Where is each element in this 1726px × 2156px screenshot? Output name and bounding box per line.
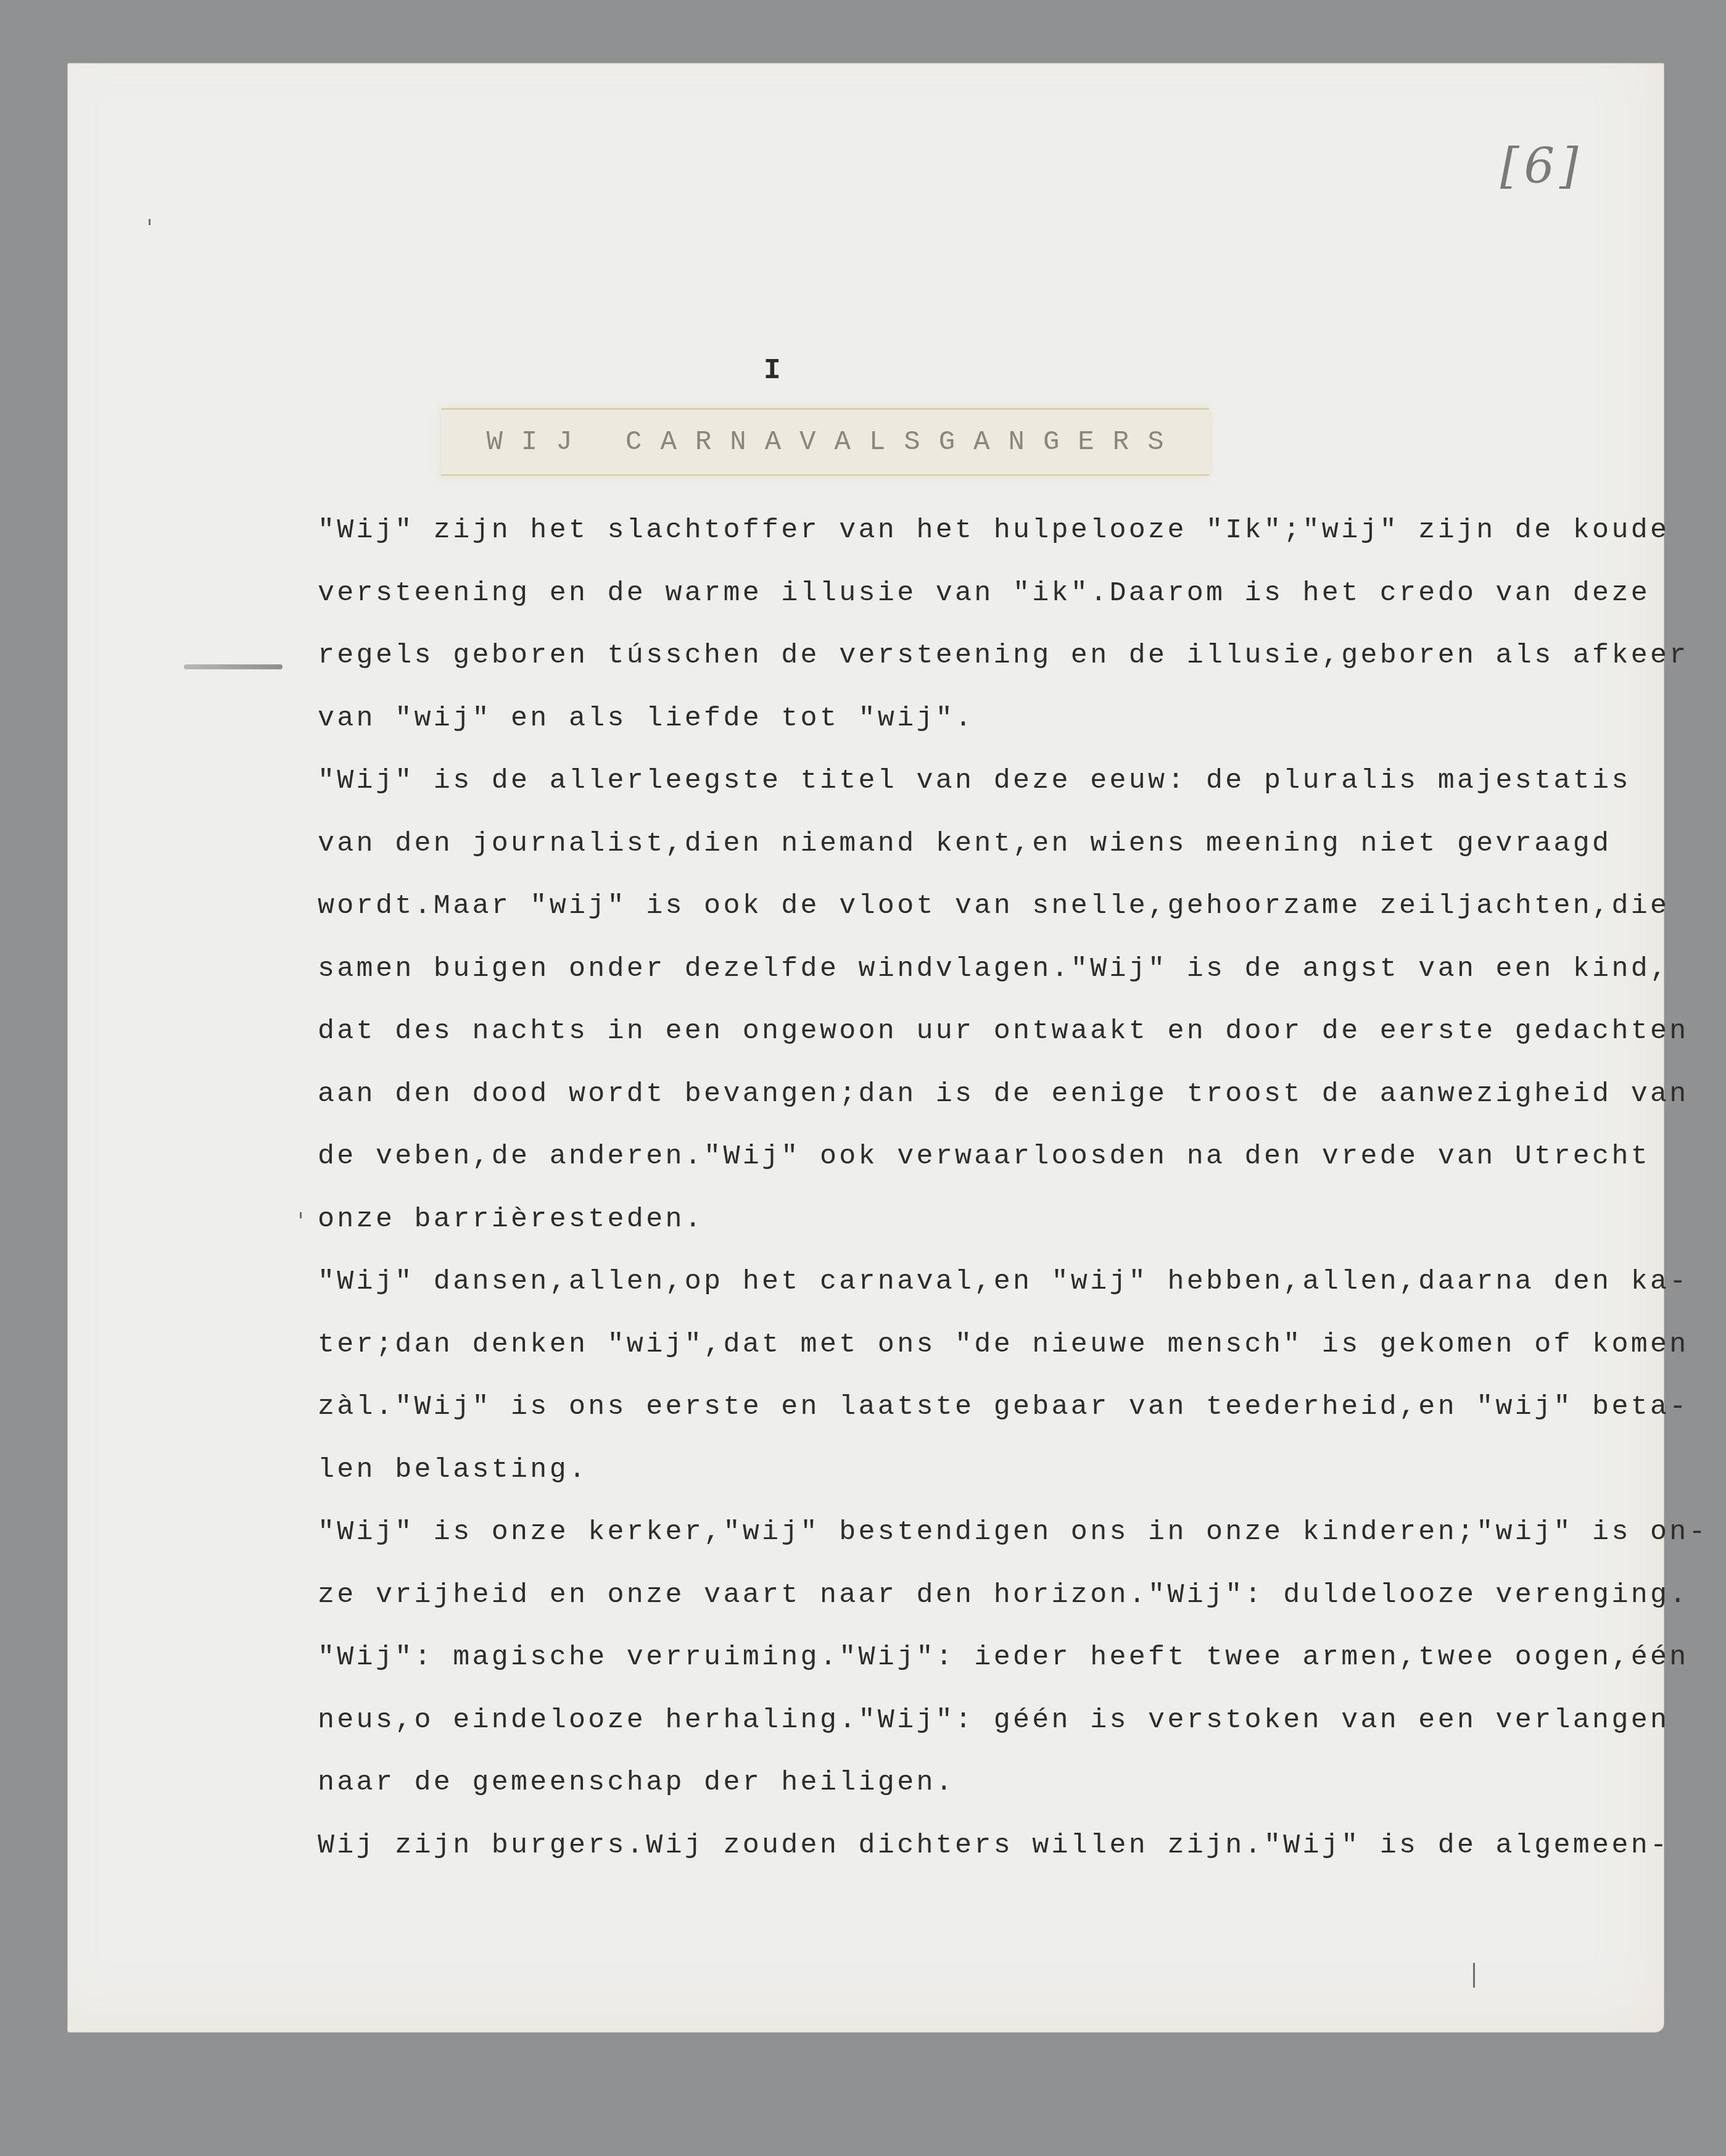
stray-pencil-mark <box>1473 1963 1475 1988</box>
stray-pencil-mark <box>300 1212 302 1218</box>
text-line: ze vrijheid en onze vaart naar den horiz… <box>318 1577 1662 1640</box>
text-line: aan den dood wordt bevangen;dan is de ee… <box>318 1076 1662 1139</box>
text-line: "Wij" is onze kerker,"wij" bestendigen o… <box>318 1514 1662 1577</box>
text-line: neus,o eindelooze herhaling."Wij": géén … <box>318 1702 1662 1765</box>
chapter-numeral: I <box>764 355 781 387</box>
typewritten-body: "Wij" zijn het slachtoffer van het hulpe… <box>318 512 1662 1890</box>
page-number-annotation: [6] <box>1500 139 1584 194</box>
text-line: onze barrièresteden. <box>318 1201 1662 1264</box>
chapter-title: WIJ CARNAVALSGANGERS <box>468 427 1182 458</box>
text-line: "Wij": magische verruiming."Wij": ieder … <box>318 1639 1662 1702</box>
text-line: de veben,de anderen."Wij" ook verwaarloo… <box>318 1138 1662 1201</box>
text-line: versteening en de warme illusie van "ik"… <box>318 575 1662 638</box>
text-line: len belasting. <box>318 1452 1662 1514</box>
text-line: van den journalist,dien niemand kent,en … <box>318 825 1662 888</box>
margin-pencil-dash <box>184 664 283 669</box>
text-line: naar de gemeenschap der heiligen. <box>318 1764 1662 1827</box>
text-line: van "wij" en als liefde tot "wij". <box>318 700 1662 763</box>
text-line: dat des nachts in een ongewoon uur ontwa… <box>318 1013 1662 1076</box>
text-line: samen buigen onder dezelfde windvlagen."… <box>318 951 1662 1014</box>
pasted-title-strip: WIJ CARNAVALSGANGERS <box>441 408 1209 476</box>
text-line: "Wij" dansen,allen,op het carnaval,en "w… <box>318 1263 1662 1326</box>
text-line: zàl."Wij" is ons eerste en laatste gebaa… <box>318 1389 1662 1452</box>
text-line: regels geboren tússchen de versteening e… <box>318 637 1662 700</box>
text-line: ter;dan denken "wij",dat met ons "de nie… <box>318 1326 1662 1389</box>
text-line: Wij zijn burgers.Wij zouden dichters wil… <box>318 1827 1662 1890</box>
text-line: "Wij" is de allerleegste titel van deze … <box>318 762 1662 825</box>
text-line: wordt.Maar "wij" is ook de vloot van sne… <box>318 888 1662 951</box>
stray-pencil-mark <box>149 219 151 225</box>
text-line: "Wij" zijn het slachtoffer van het hulpe… <box>318 512 1662 575</box>
